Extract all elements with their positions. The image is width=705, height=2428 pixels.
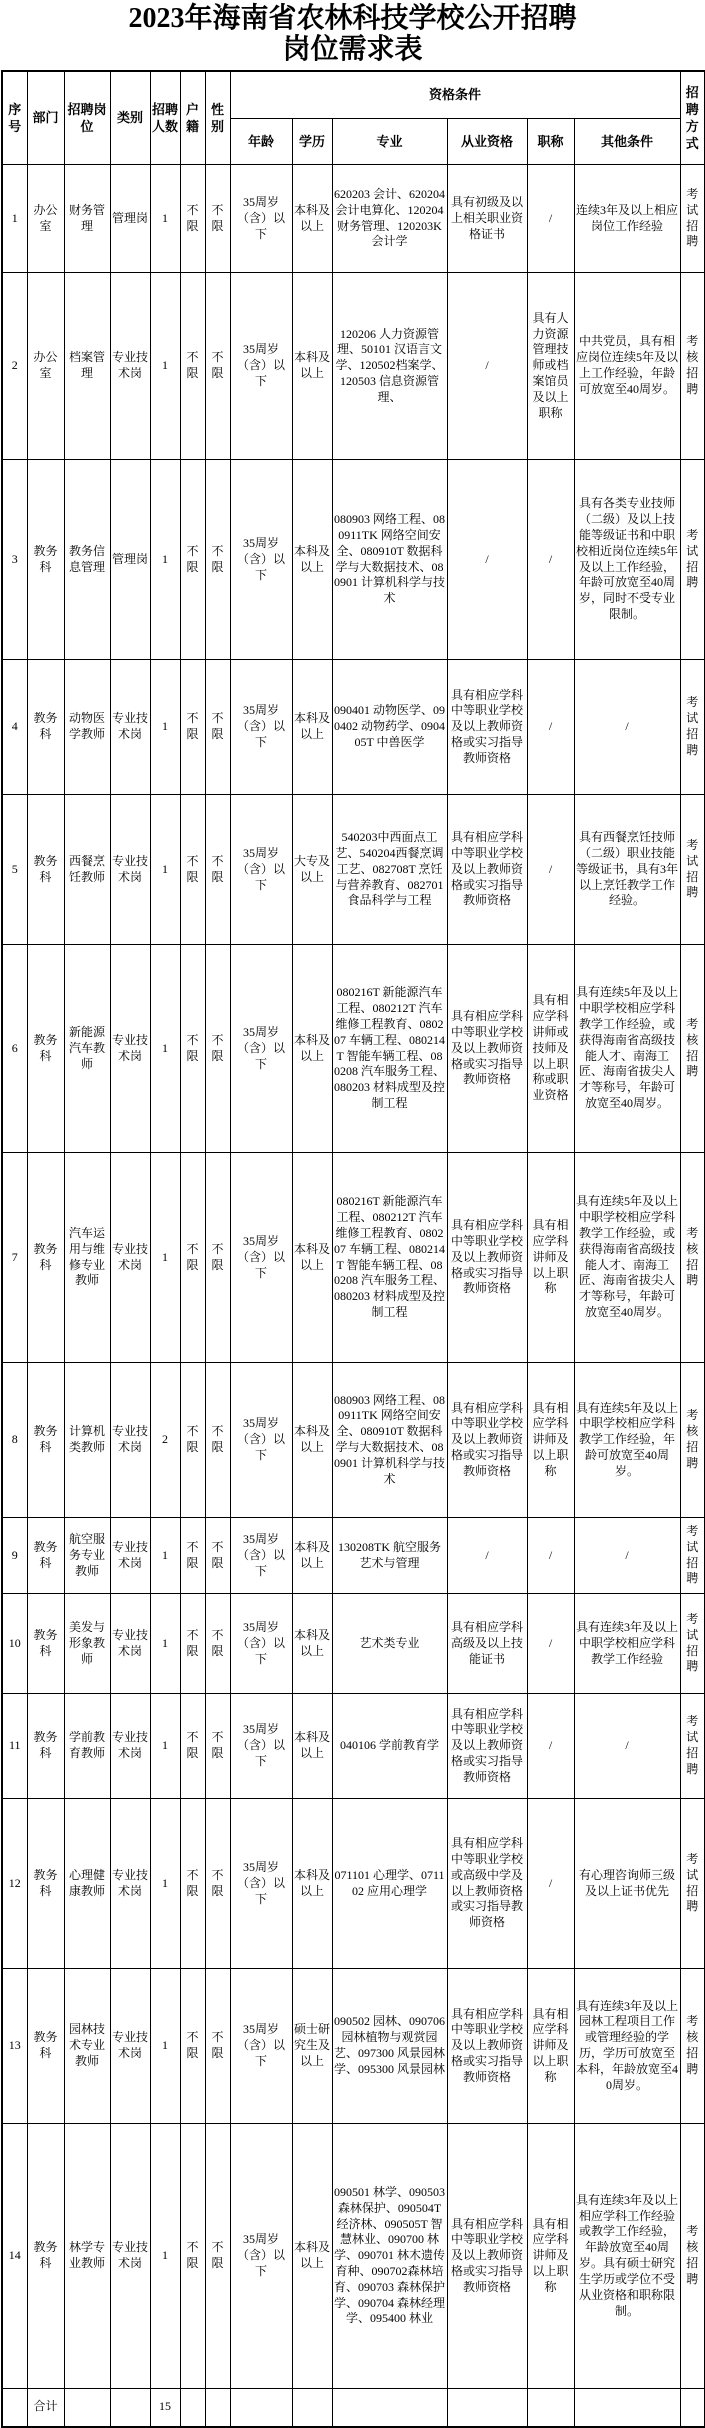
total-empty-cell: [230, 2389, 292, 2427]
cell-edu: 大专及以上: [292, 795, 332, 945]
cell-type: 专业技术岗: [110, 2124, 150, 2389]
cell-edu: 本科及以上: [292, 1363, 332, 1518]
cell-age: 35周岁（含）以下: [230, 2124, 292, 2389]
cell-title: /: [527, 460, 574, 660]
cell-title: /: [527, 795, 574, 945]
cell-edu: 本科及以上: [292, 1799, 332, 1969]
cell-no: 10: [2, 1594, 27, 1694]
col-header-zhicheng: 职称: [527, 119, 574, 165]
cell-count: 1: [150, 1518, 180, 1594]
cell-dept: 教务科: [27, 2124, 64, 2389]
cell-type: 管理岗: [110, 460, 150, 660]
cell-other: 具有各类专业技师（二级）及以上技能等级证书和中职校相近岗位连续5年及以上工作经验…: [574, 460, 680, 660]
cell-gender: 不限: [205, 1969, 230, 2124]
cell-age: 35周岁（含）以下: [230, 1969, 292, 2124]
cell-dept: 教务科: [27, 1799, 64, 1969]
cell-method: 考试招聘: [680, 795, 705, 945]
cell-qual: 具有相应学科中等职业学校及以上教师资格或实习指导教师资格: [447, 945, 527, 1153]
col-header-renshu: 招聘人数: [150, 71, 180, 165]
cell-gender: 不限: [205, 1518, 230, 1594]
cell-post: 档案管理: [64, 273, 110, 460]
table-row: 12教务科心理健康教师专业技术岗1不限不限35周岁（含）以下本科及以上07110…: [2, 1799, 705, 1969]
cell-qual: /: [447, 1518, 527, 1594]
table-row: 13教务科园林技术专业教师专业技术岗1不限不限35周岁（含）以下硕士研究生及以上…: [2, 1969, 705, 2124]
cell-gender: 不限: [205, 1799, 230, 1969]
cell-gender: 不限: [205, 1153, 230, 1363]
cell-no: 5: [2, 795, 27, 945]
cell-no: 4: [2, 660, 27, 795]
cell-age: 35周岁（含）以下: [230, 1363, 292, 1518]
cell-huji: 不限: [180, 1518, 205, 1594]
cell-post: 动物医学教师: [64, 660, 110, 795]
cell-count: 1: [150, 2124, 180, 2389]
cell-dept: 教务科: [27, 660, 64, 795]
cell-other: /: [574, 1694, 680, 1799]
cell-title: 具有相应学科讲师或技师及以上职称或职业资格: [527, 945, 574, 1153]
cell-dept: 教务科: [27, 1363, 64, 1518]
cell-major: 080216T 新能源汽车工程、080212T 汽车维修工程教育、080207 …: [332, 945, 447, 1153]
cell-huji: 不限: [180, 1153, 205, 1363]
cell-huji: 不限: [180, 2124, 205, 2389]
cell-age: 35周岁（含）以下: [230, 795, 292, 945]
cell-method: 考试招聘: [680, 1694, 705, 1799]
cell-other: 具有连续5年及以上中职学校相应学科教学工作经验，年龄可放宽至40周岁。: [574, 1363, 680, 1518]
cell-dept: 办公室: [27, 273, 64, 460]
cell-post: 心理健康教师: [64, 1799, 110, 1969]
cell-no: 1: [2, 165, 27, 273]
col-header-xingbie: 性别: [205, 71, 230, 165]
cell-edu: 本科及以上: [292, 460, 332, 660]
cell-huji: 不限: [180, 273, 205, 460]
cell-huji: 不限: [180, 660, 205, 795]
cell-count: 1: [150, 165, 180, 273]
cell-title: 具有相应学科讲师及以上职称: [527, 1153, 574, 1363]
cell-major: 540203中西面点工艺、540204西餐烹调工艺、082708T 烹饪与营养教…: [332, 795, 447, 945]
total-empty-cell: [574, 2389, 680, 2427]
cell-qual: /: [447, 273, 527, 460]
cell-qual: 具有相应学科中等职业学校及以上教师资格或实习指导教师资格: [447, 660, 527, 795]
col-header-qita: 其他条件: [574, 119, 680, 165]
cell-major: 艺术类专业: [332, 1594, 447, 1694]
cell-edu: 本科及以上: [292, 660, 332, 795]
cell-gender: 不限: [205, 1594, 230, 1694]
total-empty-cell: [292, 2389, 332, 2427]
cell-post: 林学专业教师: [64, 2124, 110, 2389]
cell-no: 12: [2, 1799, 27, 1969]
cell-no: 6: [2, 945, 27, 1153]
cell-type: 专业技术岗: [110, 660, 150, 795]
total-empty-cell: [447, 2389, 527, 2427]
cell-method: 考试招聘: [680, 1518, 705, 1594]
cell-age: 35周岁（含）以下: [230, 460, 292, 660]
cell-huji: 不限: [180, 945, 205, 1153]
cell-qual: /: [447, 460, 527, 660]
cell-major: 040106 学前教育学: [332, 1694, 447, 1799]
col-header-leibie: 类别: [110, 71, 150, 165]
total-empty-cell: [64, 2389, 110, 2427]
cell-qual: 具有相应学科中等职业学校或高级中学及以上教师资格或实习指导教师资格: [447, 1799, 527, 1969]
cell-post: 教务信息管理: [64, 460, 110, 660]
cell-major: 071101 心理学、071102 应用心理学: [332, 1799, 447, 1969]
cell-count: 1: [150, 1799, 180, 1969]
table-row: 1办公室财务管理管理岗1不限不限35周岁（含）以下本科及以上620203 会计、…: [2, 165, 705, 273]
cell-type: 管理岗: [110, 165, 150, 273]
cell-major: 090401 动物医学、090402 动物药学、090405T 中兽医学: [332, 660, 447, 795]
col-header-gangwei: 招聘岗位: [64, 71, 110, 165]
col-header-xueli: 学历: [292, 119, 332, 165]
cell-type: 专业技术岗: [110, 1799, 150, 1969]
cell-method: 考核招聘: [680, 2124, 705, 2389]
cell-count: 2: [150, 1363, 180, 1518]
cell-post: 财务管理: [64, 165, 110, 273]
cell-huji: 不限: [180, 1363, 205, 1518]
cell-huji: 不限: [180, 795, 205, 945]
col-header-huji: 户籍: [180, 71, 205, 165]
cell-gender: 不限: [205, 2124, 230, 2389]
col-header-zige: 资格条件: [230, 71, 680, 119]
cell-dept: 教务科: [27, 945, 64, 1153]
cell-type: 专业技术岗: [110, 1518, 150, 1594]
total-label: 合计: [27, 2389, 64, 2427]
table-row: 5教务科西餐烹饪教师专业技术岗1不限不限35周岁（含）以下大专及以上540203…: [2, 795, 705, 945]
cell-major: 120206 人力资源管理、50101 汉语言文学、120502档案学、1205…: [332, 273, 447, 460]
cell-other: 具有连续3年及以上园林工程项目工作或管理经验的学历，学历可放宽至本科，年龄放宽至…: [574, 1969, 680, 2124]
table-row: 6教务科新能源汽车教师专业技术岗1不限不限35周岁（含）以下本科及以上08021…: [2, 945, 705, 1153]
cell-count: 1: [150, 945, 180, 1153]
recruitment-table: 序号 部门 招聘岗位 类别 招聘人数 户籍 性别 资格条件 招聘方式 年龄 学历…: [1, 70, 705, 2428]
cell-post: 汽车运用与维修专业教师: [64, 1153, 110, 1363]
cell-major: 090502 园林、090706 园林植物与观赏园艺、097300 风景园林学、…: [332, 1969, 447, 2124]
cell-dept: 教务科: [27, 795, 64, 945]
cell-post: 航空服务专业教师: [64, 1518, 110, 1594]
cell-age: 35周岁（含）以下: [230, 1153, 292, 1363]
cell-gender: 不限: [205, 460, 230, 660]
cell-age: 35周岁（含）以下: [230, 945, 292, 1153]
cell-gender: 不限: [205, 795, 230, 945]
cell-method: 考试招聘: [680, 165, 705, 273]
cell-edu: 本科及以上: [292, 2124, 332, 2389]
total-empty-cell: [110, 2389, 150, 2427]
cell-edu: 本科及以上: [292, 1153, 332, 1363]
cell-type: 专业技术岗: [110, 1969, 150, 2124]
cell-huji: 不限: [180, 1594, 205, 1694]
cell-method: 考核招聘: [680, 1363, 705, 1518]
cell-no: 2: [2, 273, 27, 460]
table-body: 1办公室财务管理管理岗1不限不限35周岁（含）以下本科及以上620203 会计、…: [2, 165, 705, 2427]
cell-huji: 不限: [180, 1969, 205, 2124]
cell-age: 35周岁（含）以下: [230, 1594, 292, 1694]
cell-method: 考试招聘: [680, 1799, 705, 1969]
cell-method: 考试招聘: [680, 1594, 705, 1694]
cell-no: 13: [2, 1969, 27, 2124]
cell-post: 美发与形象教师: [64, 1594, 110, 1694]
cell-no: 14: [2, 2124, 27, 2389]
cell-no: 3: [2, 460, 27, 660]
cell-count: 1: [150, 1153, 180, 1363]
cell-no: 7: [2, 1153, 27, 1363]
cell-method: 考核招聘: [680, 1153, 705, 1363]
cell-huji: 不限: [180, 1799, 205, 1969]
cell-title: /: [527, 1594, 574, 1694]
cell-major: 090501 林学、090503 森林保护、090504T 经济林、090505…: [332, 2124, 447, 2389]
col-header-bumen: 部门: [27, 71, 64, 165]
table-row: 10教务科美发与形象教师专业技术岗1不限不限35周岁（含）以下本科及以上艺术类专…: [2, 1594, 705, 1694]
cell-type: 专业技术岗: [110, 1594, 150, 1694]
col-header-fangshi: 招聘方式: [680, 71, 705, 165]
cell-other: 连续3年及以上相应岗位工作经验: [574, 165, 680, 273]
cell-qual: 具有相应学科高级及以上技能证书: [447, 1594, 527, 1694]
cell-age: 35周岁（含）以下: [230, 1799, 292, 1969]
cell-post: 新能源汽车教师: [64, 945, 110, 1153]
cell-qual: 具有相应学科中等职业学校及以上教师资格或实习指导教师资格: [447, 1969, 527, 2124]
table-row: 11教务科学前教育教师专业技术岗1不限不限35周岁（含）以下本科及以上04010…: [2, 1694, 705, 1799]
cell-title: /: [527, 1518, 574, 1594]
cell-method: 考核招聘: [680, 945, 705, 1153]
total-empty-cell: [205, 2389, 230, 2427]
cell-method: 考试招聘: [680, 660, 705, 795]
cell-age: 35周岁（含）以下: [230, 1518, 292, 1594]
cell-type: 专业技术岗: [110, 795, 150, 945]
cell-type: 专业技术岗: [110, 1153, 150, 1363]
cell-other: /: [574, 660, 680, 795]
cell-count: 1: [150, 660, 180, 795]
col-header-xuhao: 序号: [2, 71, 27, 165]
cell-edu: 本科及以上: [292, 165, 332, 273]
cell-other: 有心理咨询师三级及以上证书优先: [574, 1799, 680, 1969]
table-row: 3教务科教务信息管理管理岗1不限不限35周岁（含）以下本科及以上080903 网…: [2, 460, 705, 660]
col-header-zhuanye: 专业: [332, 119, 447, 165]
cell-post: 计算机类教师: [64, 1363, 110, 1518]
cell-gender: 不限: [205, 1363, 230, 1518]
cell-age: 35周岁（含）以下: [230, 165, 292, 273]
total-row: 合计15: [2, 2389, 705, 2427]
cell-dept: 教务科: [27, 460, 64, 660]
table-row: 9教务科航空服务专业教师专业技术岗1不限不限35周岁（含）以下本科及以上1302…: [2, 1518, 705, 1594]
cell-major: 080903 网络工程、080911TK 网络空间安全、080910T 数据科学…: [332, 1363, 447, 1518]
cell-qual: 具有相应学科中等职业学校及以上教师资格或实习指导教师资格: [447, 795, 527, 945]
col-header-congye: 从业资格: [447, 119, 527, 165]
cell-other: 具有连续3年及以上中职学校相应学科教学工作经验: [574, 1594, 680, 1694]
cell-type: 专业技术岗: [110, 273, 150, 460]
cell-type: 专业技术岗: [110, 1363, 150, 1518]
cell-other: 具有连续3年及以上相应学科工作经验或教学工作经验，年龄放宽至40周岁。具有硕士研…: [574, 2124, 680, 2389]
cell-method: 考核招聘: [680, 1969, 705, 2124]
total-count: 15: [150, 2389, 180, 2427]
cell-edu: 本科及以上: [292, 1594, 332, 1694]
cell-major: 080903 网络工程、080911TK 网络空间安全、080910T 数据科学…: [332, 460, 447, 660]
cell-count: 1: [150, 1694, 180, 1799]
cell-title: 具有相应学科讲师及以上职称: [527, 2124, 574, 2389]
cell-age: 35周岁（含）以下: [230, 273, 292, 460]
cell-qual: 具有初级及以上相关职业资格证书: [447, 165, 527, 273]
cell-other: 具有西餐烹饪技师（二级）职业技能等级证书，具有3年以上烹饪教学工作经验。: [574, 795, 680, 945]
cell-huji: 不限: [180, 1694, 205, 1799]
cell-title: /: [527, 1799, 574, 1969]
cell-type: 专业技术岗: [110, 1694, 150, 1799]
table-row: 8教务科计算机类教师专业技术岗2不限不限35周岁（含）以下本科及以上080903…: [2, 1363, 705, 1518]
cell-edu: 本科及以上: [292, 1518, 332, 1594]
cell-edu: 本科及以上: [292, 1694, 332, 1799]
cell-title: 具有人力资源管理技师或档案馆员及以上职称: [527, 273, 574, 460]
cell-no: 9: [2, 1518, 27, 1594]
cell-title: /: [527, 1694, 574, 1799]
total-empty-cell: [680, 2389, 705, 2427]
cell-qual: 具有相应学科中等职业学校及以上教师资格或实习指导教师资格: [447, 1153, 527, 1363]
cell-dept: 教务科: [27, 1694, 64, 1799]
cell-other: 中共党员，具有相应岗位连续5年及以上工作经验，年龄可放宽至40周岁。: [574, 273, 680, 460]
page-title: 2023年海南省农林科技学校公开招聘 岗位需求表: [0, 0, 705, 70]
total-empty-cell: [527, 2389, 574, 2427]
cell-edu: 本科及以上: [292, 945, 332, 1153]
table-row: 14教务科林学专业教师专业技术岗1不限不限35周岁（含）以下本科及以上09050…: [2, 2124, 705, 2389]
cell-post: 学前教育教师: [64, 1694, 110, 1799]
table-header: 序号 部门 招聘岗位 类别 招聘人数 户籍 性别 资格条件 招聘方式 年龄 学历…: [2, 71, 705, 165]
total-empty-cell: [2, 2389, 27, 2427]
cell-method: 考试招聘: [680, 460, 705, 660]
cell-major: 620203 会计、620204 会计电算化、120204 财务管理、12020…: [332, 165, 447, 273]
cell-qual: 具有相应学科中等职业学校及以上教师资格或实习指导教师资格: [447, 2124, 527, 2389]
cell-post: 园林技术专业教师: [64, 1969, 110, 2124]
table-row: 4教务科动物医学教师专业技术岗1不限不限35周岁（含）以下本科及以上090401…: [2, 660, 705, 795]
cell-title: 具有相应学科讲师及以上职称: [527, 1363, 574, 1518]
table-row: 2办公室档案管理专业技术岗1不限不限35周岁（含）以下本科及以上120206 人…: [2, 273, 705, 460]
cell-count: 1: [150, 1594, 180, 1694]
total-empty-cell: [180, 2389, 205, 2427]
cell-dept: 教务科: [27, 1153, 64, 1363]
total-empty-cell: [332, 2389, 447, 2427]
cell-gender: 不限: [205, 273, 230, 460]
cell-count: 1: [150, 795, 180, 945]
cell-dept: 办公室: [27, 165, 64, 273]
table-row: 7教务科汽车运用与维修专业教师专业技术岗1不限不限35周岁（含）以下本科及以上0…: [2, 1153, 705, 1363]
cell-dept: 教务科: [27, 1969, 64, 2124]
cell-title: 具有相应学科讲师及以上职称: [527, 1969, 574, 2124]
cell-huji: 不限: [180, 165, 205, 273]
cell-post: 西餐烹饪教师: [64, 795, 110, 945]
cell-gender: 不限: [205, 165, 230, 273]
cell-other: 具有连续5年及以上中职学校相应学科教学工作经验，或获得海南省高级技能人才、南海工…: [574, 1153, 680, 1363]
cell-title: /: [527, 165, 574, 273]
cell-count: 1: [150, 1969, 180, 2124]
cell-edu: 硕士研究生及以上: [292, 1969, 332, 2124]
cell-qual: 具有相应学科中等职业学校及以上教师资格或实习指导教师资格: [447, 1694, 527, 1799]
cell-other: /: [574, 1518, 680, 1594]
cell-count: 1: [150, 273, 180, 460]
cell-edu: 本科及以上: [292, 273, 332, 460]
col-header-nianling: 年龄: [230, 119, 292, 165]
cell-count: 1: [150, 460, 180, 660]
cell-age: 35周岁（含）以下: [230, 1694, 292, 1799]
cell-major: 130208TK 航空服务艺术与管理: [332, 1518, 447, 1594]
cell-gender: 不限: [205, 660, 230, 795]
cell-title: /: [527, 660, 574, 795]
cell-type: 专业技术岗: [110, 945, 150, 1153]
cell-gender: 不限: [205, 1694, 230, 1799]
cell-method: 考核招聘: [680, 273, 705, 460]
cell-major: 080216T 新能源汽车工程、080212T 汽车维修工程教育、080207 …: [332, 1153, 447, 1363]
cell-age: 35周岁（含）以下: [230, 660, 292, 795]
cell-dept: 教务科: [27, 1518, 64, 1594]
cell-huji: 不限: [180, 460, 205, 660]
cell-other: 具有连续5年及以上中职学校相应学科教学工作经验，或获得海南省高级技能人才、南海工…: [574, 945, 680, 1153]
cell-dept: 教务科: [27, 1594, 64, 1694]
cell-no: 8: [2, 1363, 27, 1518]
cell-qual: 具有相应学科中等职业学校及以上教师资格或实习指导教师资格: [447, 1363, 527, 1518]
cell-gender: 不限: [205, 945, 230, 1153]
cell-no: 11: [2, 1694, 27, 1799]
